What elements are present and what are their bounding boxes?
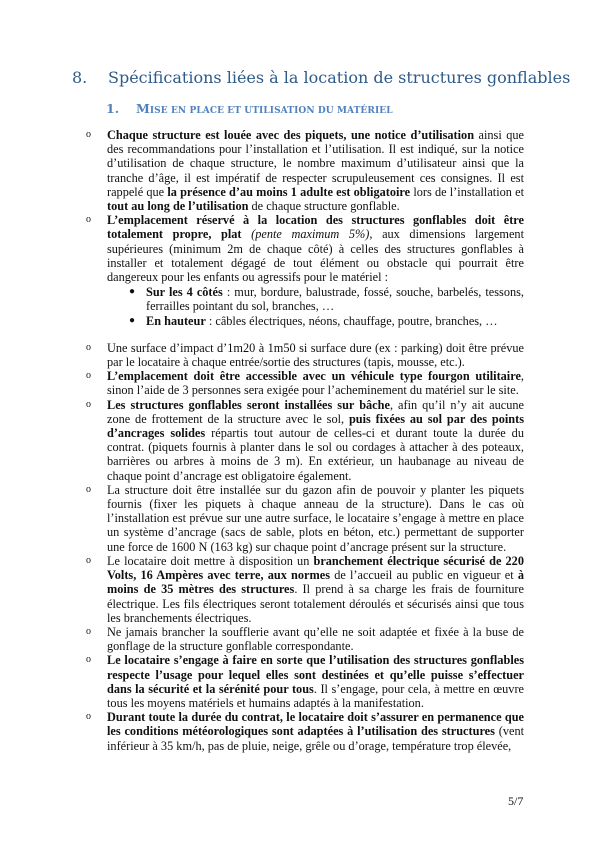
sub-list-item: ●Sur les 4 côtés : mur, bordure, balustr… xyxy=(126,285,524,313)
hollow-bullet-icon: o xyxy=(86,483,91,497)
sub-list: ●Sur les 4 côtés : mur, bordure, balustr… xyxy=(107,285,524,328)
document-page: 8.Spécifications liées à la location de … xyxy=(0,0,597,842)
requirements-list: oChaque structure est louée avec des piq… xyxy=(86,128,524,753)
list-item: oL’emplacement réservé à la location des… xyxy=(86,213,524,328)
filled-bullet-icon: ● xyxy=(129,285,135,299)
subsection-title-rest: ISE EN PLACE ET UTILISATION DU MATÉRIEL xyxy=(150,106,393,116)
hollow-bullet-icon: o xyxy=(86,369,91,383)
list-item-text: Le locataire doit mettre à disposition u… xyxy=(107,554,524,625)
list-item: oLes structures gonflables seront instal… xyxy=(86,398,524,483)
hollow-bullet-icon: o xyxy=(86,625,91,639)
hollow-bullet-icon: o xyxy=(86,554,91,568)
spacer xyxy=(86,328,524,341)
section-heading: 8.Spécifications liées à la location de … xyxy=(72,68,570,87)
list-item: oLe locataire doit mettre à disposition … xyxy=(86,554,524,625)
page-number: 5/7 xyxy=(508,794,523,809)
list-item-text: La structure doit être installée sur du … xyxy=(107,483,524,554)
list-item: oUne surface d’impact d’1m20 à 1m50 si s… xyxy=(86,341,524,369)
hollow-bullet-icon: o xyxy=(86,213,91,227)
list-item-text: Les structures gonflables seront install… xyxy=(107,398,524,483)
subsection-title-initial: M xyxy=(136,101,150,116)
list-item: oDurant toute la durée du contrat, le lo… xyxy=(86,710,524,753)
list-item-text: Chaque structure est louée avec des piqu… xyxy=(107,128,524,213)
list-item-text: L’emplacement doit être accessible avec … xyxy=(107,369,524,397)
list-item-text: Le locataire s’engage à faire en sorte q… xyxy=(107,653,524,710)
filled-bullet-icon: ● xyxy=(129,314,135,328)
hollow-bullet-icon: o xyxy=(86,128,91,142)
subsection-number: 1. xyxy=(106,101,136,116)
list-item-text: Une surface d’impact d’1m20 à 1m50 si su… xyxy=(107,341,524,369)
section-title: Spécifications liées à la location de st… xyxy=(108,68,570,87)
list-item: oChaque structure est louée avec des piq… xyxy=(86,128,524,213)
hollow-bullet-icon: o xyxy=(86,710,91,724)
list-item: oLe locataire s’engage à faire en sorte … xyxy=(86,653,524,710)
section-number: 8. xyxy=(72,68,108,87)
list-item: oNe jamais brancher la soufflerie avant … xyxy=(86,625,524,653)
subsection-heading: 1.MISE EN PLACE ET UTILISATION DU MATÉRI… xyxy=(106,101,393,116)
sub-list-item: ●En hauteur : câbles électriques, néons,… xyxy=(126,314,524,328)
hollow-bullet-icon: o xyxy=(86,398,91,412)
hollow-bullet-icon: o xyxy=(86,653,91,667)
list-item-text: Ne jamais brancher la soufflerie avant q… xyxy=(107,625,524,653)
list-item-text: L’emplacement réservé à la location des … xyxy=(107,213,524,284)
hollow-bullet-icon: o xyxy=(86,341,91,355)
list-item: oLa structure doit être installée sur du… xyxy=(86,483,524,554)
list-item-text: Durant toute la durée du contrat, le loc… xyxy=(107,710,524,752)
list-item: oL’emplacement doit être accessible avec… xyxy=(86,369,524,397)
